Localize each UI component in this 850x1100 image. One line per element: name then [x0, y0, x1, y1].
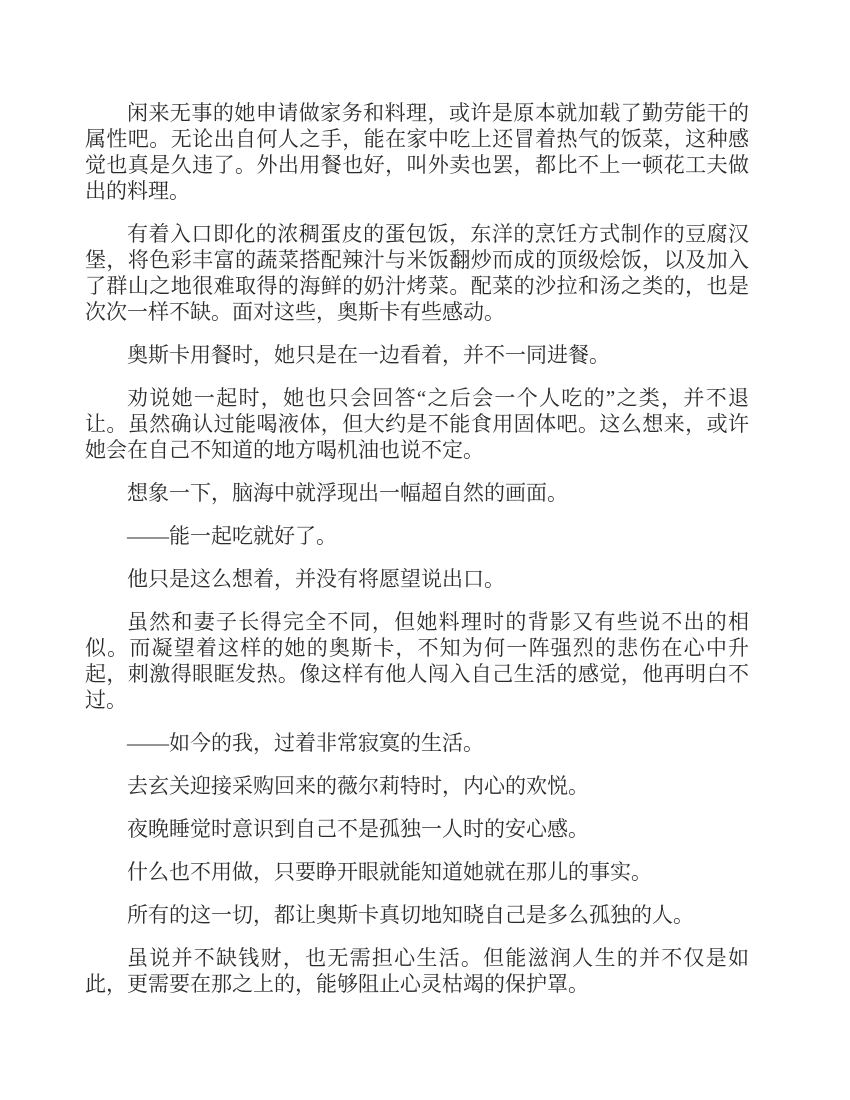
document-page: 闲来无事的她申请做家务和料理，或许是原本就加载了勤劳能干的属性吧。无论出自何人之…: [85, 100, 749, 1014]
paragraph-8: 虽然和妻子长得完全不同，但她料理时的背影又有些说不出的相似。而凝望着这样的她的奥…: [85, 609, 749, 713]
paragraph-7: 他只是这么想着，并没有将愿望说出口。: [85, 566, 749, 592]
paragraph-14: 虽说并不缺钱财，也无需担心生活。但能滋润人生的并不仅是如此，更需要在那之上的，能…: [85, 945, 749, 997]
paragraph-10: 去玄关迎接采购回来的薇尔莉特时，内心的欢悦。: [85, 773, 749, 799]
paragraph-9: ——如今的我，过着非常寂寞的生活。: [85, 730, 749, 756]
paragraph-13: 所有的这一切，都让奥斯卡真切地知晓自己是多么孤独的人。: [85, 902, 749, 928]
paragraph-1: 闲来无事的她申请做家务和料理，或许是原本就加载了勤劳能干的属性吧。无论出自何人之…: [85, 100, 749, 204]
paragraph-2: 有着入口即化的浓稠蛋皮的蛋包饭，东洋的烹饪方式制作的豆腐汉堡，将色彩丰富的蔬菜搭…: [85, 221, 749, 325]
paragraph-5: 想象一下，脑海中就浮现出一幅超自然的画面。: [85, 480, 749, 506]
paragraph-12: 什么也不用做，只要睁开眼就能知道她就在那儿的事实。: [85, 859, 749, 885]
paragraph-11: 夜晚睡觉时意识到自己不是孤独一人时的安心感。: [85, 816, 749, 842]
paragraph-4: 劝说她一起时，她也只会回答“之后会一个人吃的”之类，并不退让。虽然确认过能喝液体…: [85, 385, 749, 463]
paragraph-3: 奥斯卡用餐时，她只是在一边看着，并不一同进餐。: [85, 342, 749, 368]
paragraph-6: ——能一起吃就好了。: [85, 523, 749, 549]
